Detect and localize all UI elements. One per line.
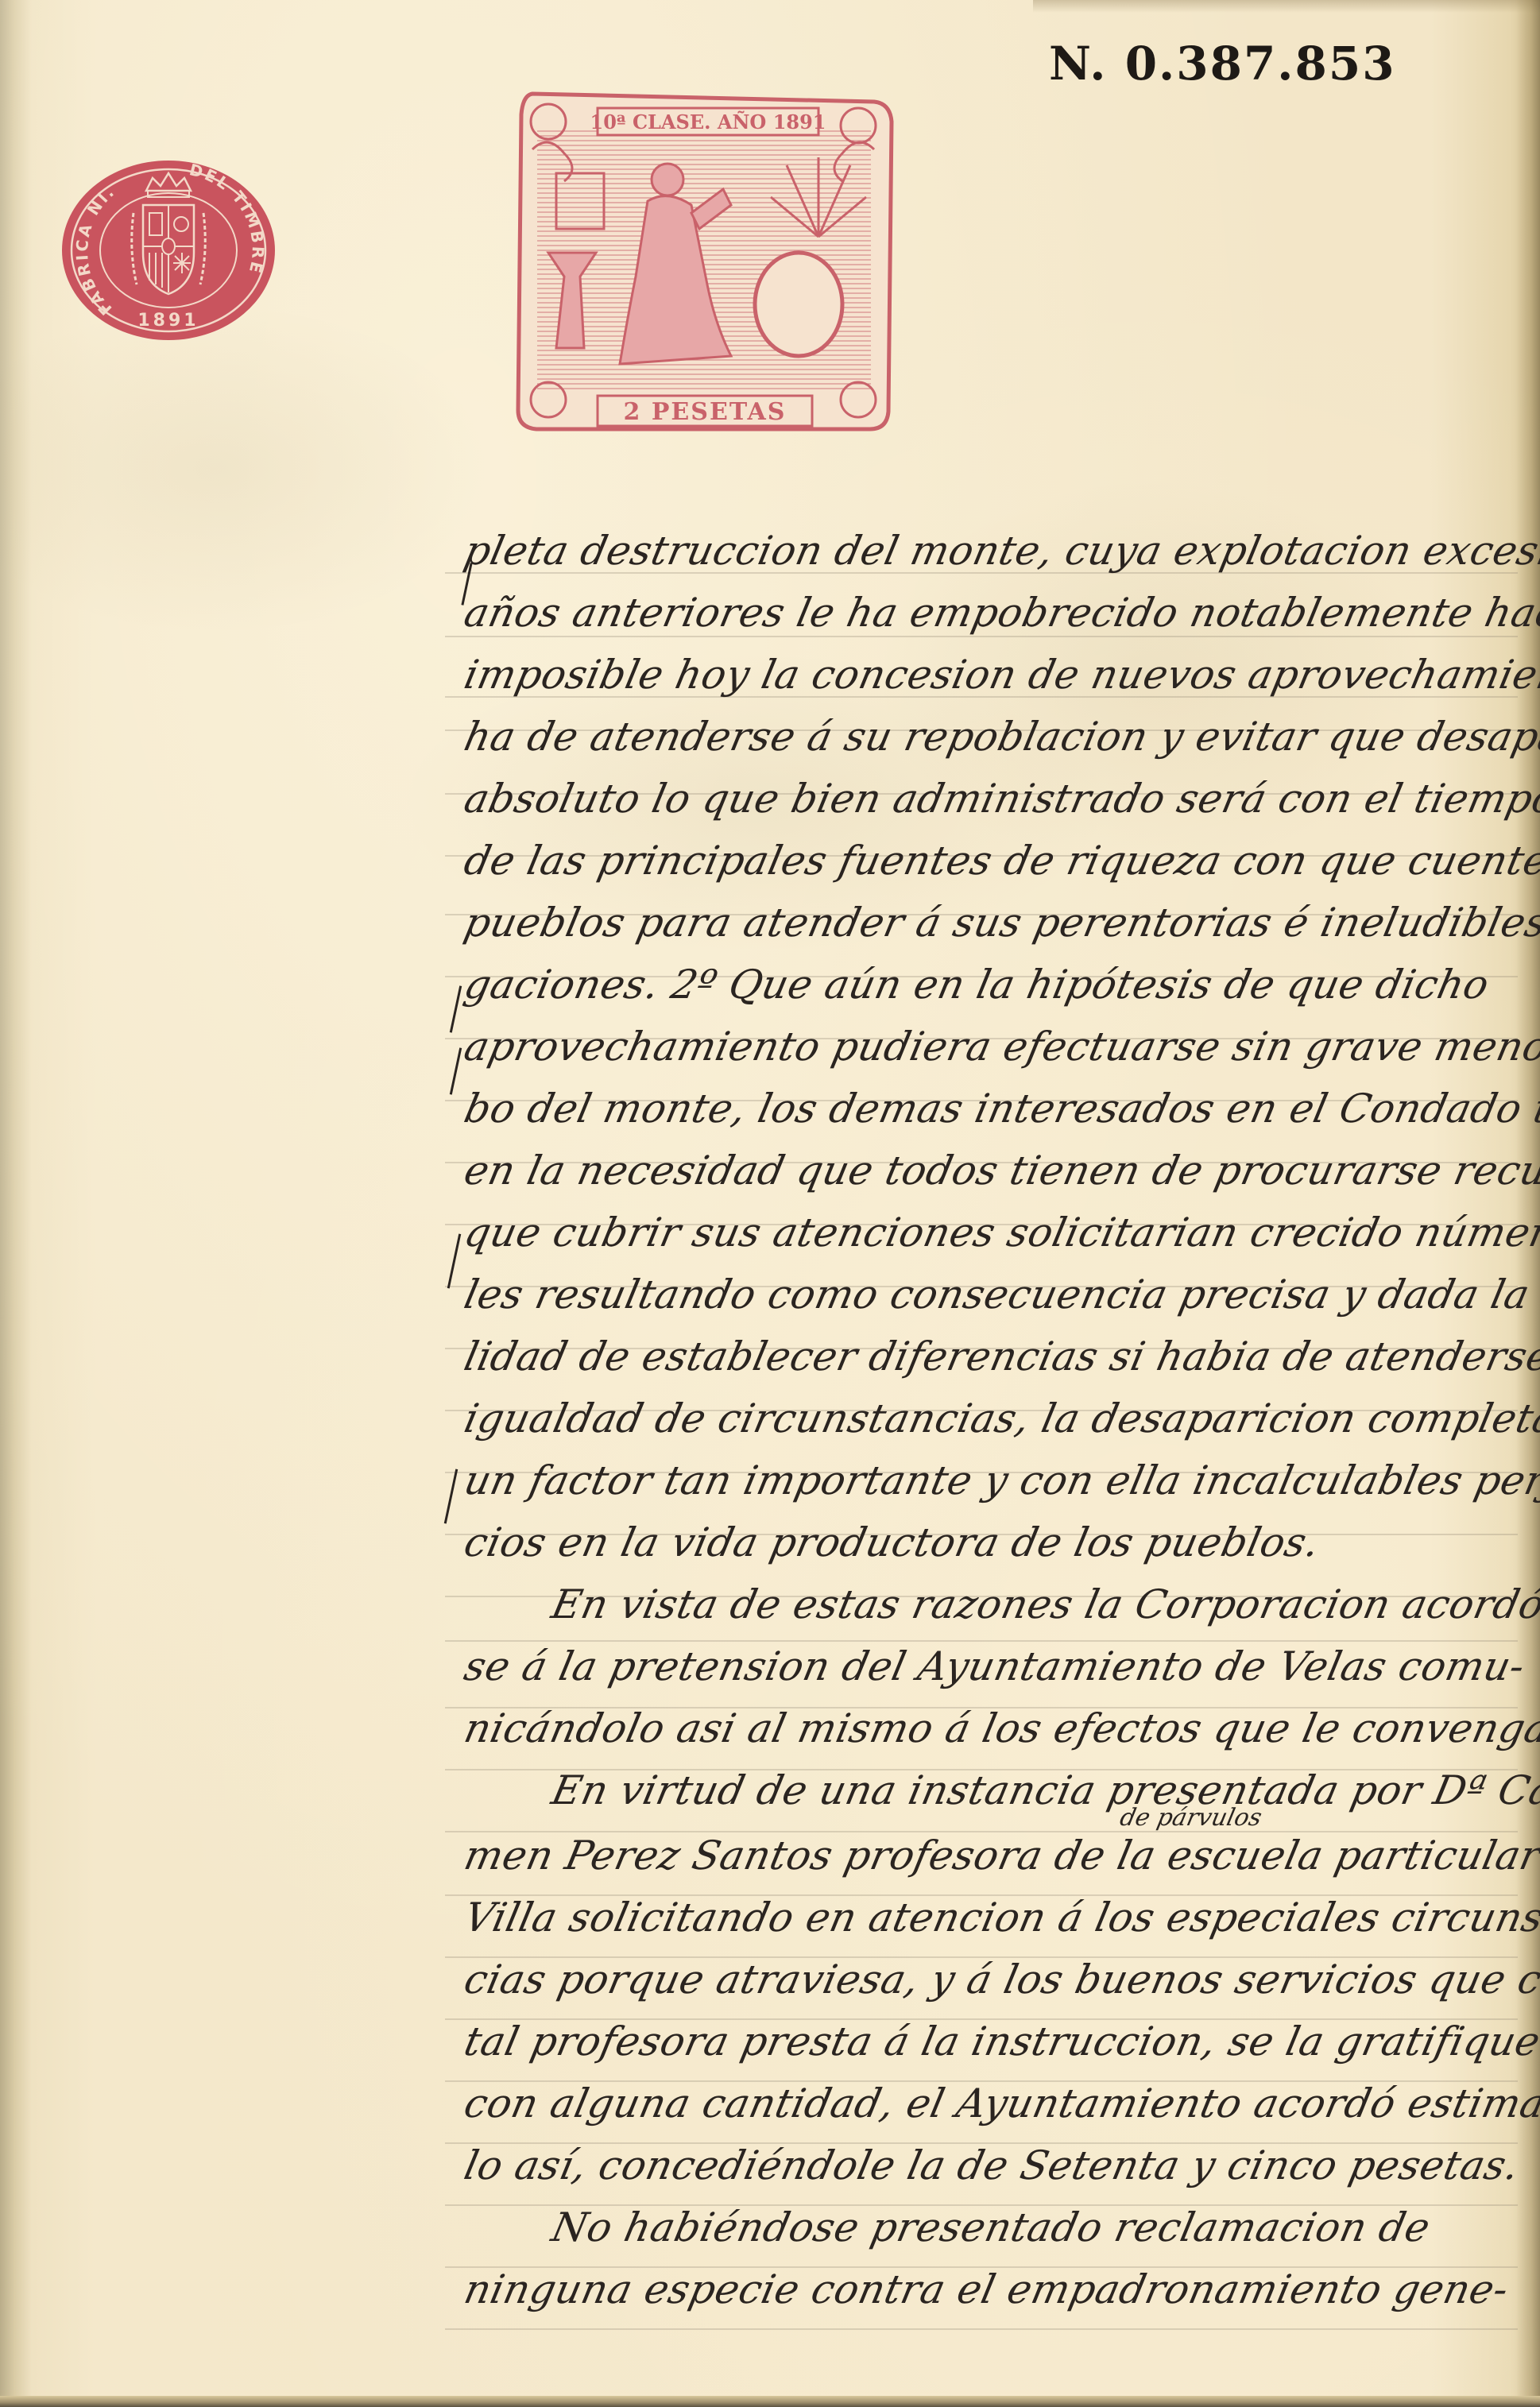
manuscript-line: con alguna cantidad, el Ayuntamiento aco…	[461, 2084, 1526, 2123]
margin-stroke	[444, 1469, 458, 1523]
interlinear-insertion: de párvulos	[1117, 1804, 1264, 1832]
manuscript-line: tal profesora presta á la instruccion, s…	[461, 2022, 1526, 2061]
manuscript-line: No habiéndose presentado reclamacion de	[548, 2208, 1540, 2247]
manuscript-line: años anteriores le ha empobrecido notabl…	[461, 593, 1526, 633]
manuscript-line: ninguna especie contra el empadronamient…	[461, 2270, 1526, 2309]
margin-stroke	[450, 985, 462, 1032]
revenue-stamp: 10ª CLASE. AÑO 1891 2 PESETAS	[509, 86, 898, 435]
margin-stroke	[450, 1047, 462, 1094]
manuscript-line: En vista de estas razones la Corporacion…	[548, 1585, 1540, 1624]
manuscript-line: imposible hoy la concesion de nuevos apr…	[461, 655, 1526, 695]
manuscript-line: un factor tan importante y con ella inca…	[461, 1461, 1526, 1500]
revenue-stamp-icon: 10ª CLASE. AÑO 1891 2 PESETAS	[509, 86, 898, 435]
manuscript-line: absoluto lo que bien administrado será c…	[461, 779, 1526, 818]
manuscript-line: Villa solicitando en atencion á los espe…	[461, 1898, 1526, 1937]
ruled-line	[445, 2328, 1518, 2330]
fabrica-timbre-seal: FABRICA Nl. DEL TIMBRE 1891	[57, 157, 280, 343]
manuscript-line: en la necesidad que todos tienen de proc…	[461, 1151, 1526, 1190]
manuscript-line: cios en la vida productora de los pueblo…	[461, 1523, 1526, 1562]
stamp-value: 2 PESETAS	[624, 398, 787, 426]
document-page: N. 0.387.853	[0, 0, 1540, 2407]
manuscript-line: bo del monte, los demas interesados en e…	[461, 1089, 1526, 1128]
paper-stain	[0, 302, 493, 636]
margin-stroke	[447, 1233, 461, 1288]
stamp-header: 10ª CLASE. AÑO 1891	[590, 110, 826, 134]
page-edge-bottom	[0, 2396, 1540, 2407]
page-fold	[1033, 0, 1540, 13]
seal-icon: FABRICA Nl. DEL TIMBRE 1891	[57, 157, 280, 343]
manuscript-line: de las principales fuentes de riqueza co…	[461, 841, 1526, 880]
manuscript-line: cias porque atraviesa, y á los buenos se…	[461, 1960, 1526, 1999]
ruled-line	[445, 1640, 1518, 1642]
ruled-line	[445, 636, 1518, 637]
serial-number: N. 0.387.853	[1049, 37, 1396, 91]
manuscript-line: se á la pretension del Ayuntamiento de V…	[461, 1647, 1526, 1686]
manuscript-line: pueblos para atender á sus perentorias é…	[461, 903, 1526, 942]
manuscript-line: En virtud de una instancia presentada po…	[548, 1770, 1540, 1810]
manuscript-line: igualdad de circunstancias, la desaparic…	[461, 1399, 1526, 1438]
manuscript-line: lo así, concediéndole la de Setenta y ci…	[461, 2146, 1526, 2185]
manuscript-line: gaciones. 2º Que aún en la hipótesis de …	[461, 965, 1526, 1004]
manuscript-line: que cubrir sus atenciones solicitarian c…	[461, 1213, 1526, 1252]
seal-year: 1891	[137, 311, 199, 331]
manuscript-line: lidad de establecer diferencias si habia…	[461, 1337, 1526, 1376]
manuscript-line: men Perez Santos profesora de la escuela…	[461, 1836, 1526, 1875]
manuscript-line: ha de atenderse á su repoblacion y evita…	[461, 717, 1526, 757]
manuscript-line: pleta destruccion del monte, cuya explot…	[461, 531, 1526, 571]
manuscript-line: aprovechamiento pudiera efectuarse sin g…	[461, 1027, 1526, 1066]
manuscript-line: nicándolo asi al mismo á los efectos que…	[461, 1709, 1526, 1748]
manuscript-line: les resultando como consecuencia precisa…	[461, 1275, 1526, 1314]
